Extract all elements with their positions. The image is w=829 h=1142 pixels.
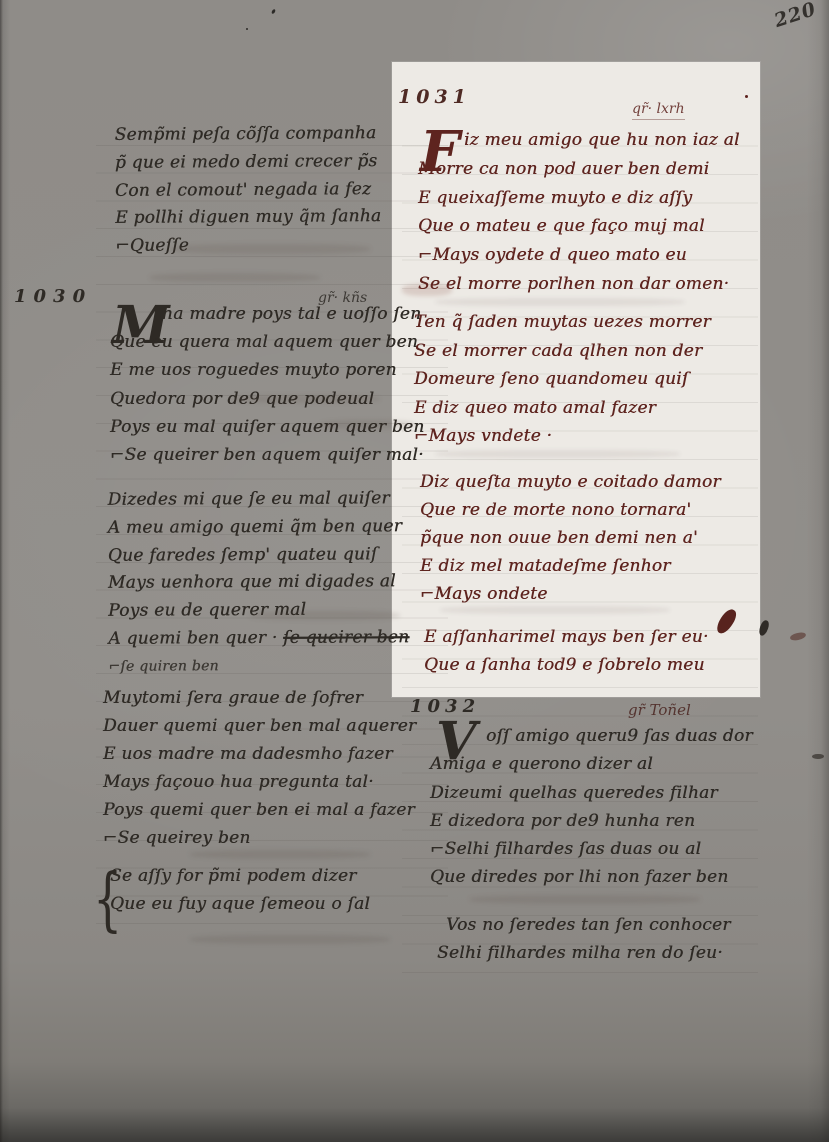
bleedthrough-mark (402, 284, 452, 296)
verse-line: ha madre poys tal e uoſſo ſen (162, 300, 425, 328)
poem-1031-stanza-1: iz meu amigo que hu non iaz al Morre ca … (418, 126, 740, 299)
verse-line: Que eu quera mal aquem quer ben (110, 328, 425, 356)
ink-mark (789, 631, 806, 641)
verse-line: Diz queſta muyto e coitado damor (420, 468, 721, 496)
speck (745, 95, 748, 98)
verse-line: Que a ſanha tod9 e ſobrelo meu (424, 652, 709, 680)
verse-line: Muytomi ſera graue de ſofrer (103, 684, 416, 712)
stanza-e: Se aſſy for p̃mi podem dizer Que eu fuy … (110, 862, 370, 918)
verse-line-with-strike: A quemi ben quer · ſe queirer ben (108, 624, 409, 653)
verse-line: E dizedora por de9 hunha ren (430, 807, 753, 835)
verse-line: ⌐Mays vndete · (414, 422, 711, 451)
verse-line: Morre ca non pod auer ben demi (418, 155, 740, 184)
verse-fragment: A quemi ben quer · (108, 628, 277, 649)
verse-line: p̃que non ouue ben demi nen a' (420, 524, 721, 552)
verse-line: ⌐ſe quiren ben (108, 652, 409, 681)
poem-1031-stanza-2: Ten q̃ ſaden muytas uezes morrer Se el m… (414, 308, 711, 451)
verse-line: Selhi filhardes milha ren do ſeu· (437, 940, 731, 968)
folio-number: 220 (772, 0, 819, 32)
verse-line: Dizedes mi que ſe eu mal quiſer (107, 485, 408, 514)
stanza-d: Muytomi ſera graue de ſofrer Dauer quemi… (103, 684, 416, 852)
verse-line: Mays façouo hua pregunta tal· (103, 768, 416, 796)
verse-line: E pollhi diguen muy q̃m ſanha (115, 203, 381, 233)
verse-line: Dizeumi quelhas queredes filhar (430, 779, 753, 807)
verse-line: A meu amigo quemi q̃m ben quer (108, 513, 409, 542)
verse-line: E diz mel matadeſme ſenhor (420, 552, 721, 580)
verse-line: Semp̃mi peſa cõſſa companha (115, 120, 381, 150)
verse-line: ⌐Se queirey ben (103, 824, 416, 852)
bleedthrough-mark (230, 395, 380, 403)
bleedthrough-mark (435, 450, 680, 458)
bleedthrough-mark (250, 611, 400, 620)
verse-line: oſſ amigo queru9 ſas duas dor (486, 722, 753, 750)
poem-number-1031: 1031 (398, 86, 471, 108)
struck-fragment: ſe queirer ben (283, 627, 409, 648)
verse-line: E queixaſſeme muyto e diz aſſy (418, 184, 740, 213)
poem-1030: ha madre poys tal e uoſſo ſen Que eu que… (110, 300, 425, 469)
verse-line: ⌐Selhi filhardes ſas duas ou al (430, 835, 753, 863)
verse-line: Poys quemi quer ben ei mal a fazer (103, 796, 416, 824)
verse-line: p̃ que ei medo demi crecer p̃s (115, 148, 381, 178)
verse-line: E uos madre ma dadesmho fazer (103, 740, 416, 768)
marginal-note-1032: gr̃ Toñel (628, 701, 691, 719)
verse-line: ⌐Mays oydete d queo mato eu (418, 241, 740, 270)
verse-line: Se aſſy for p̃mi podem dizer (110, 862, 370, 890)
speck (246, 28, 248, 30)
bleedthrough-mark (470, 895, 700, 904)
verse-line: Que faredes ſemp' quateu quiſ (108, 541, 409, 570)
stanza-a: Semp̃mi peſa cõſſa companha p̃ que ei me… (115, 120, 382, 261)
marginal-note-1031: qr̃· lxrh (632, 101, 685, 120)
poem-number-1030: 1030 (14, 286, 92, 307)
poem-1032-stanza-1: oſſ amigo queru9 ſas duas dor Amiga e qu… (430, 722, 753, 892)
bleedthrough-mark (150, 273, 320, 282)
verse-line: Dauer quemi quer ben mal aquerer (103, 712, 416, 740)
bleedthrough-mark (190, 935, 390, 944)
verse-line: Mays uenhora que mi digades al (108, 569, 409, 598)
bleedthrough-mark (435, 298, 685, 306)
bleedthrough-mark (440, 606, 670, 614)
verse-line: Que diredes por lhi non fazer ben (430, 863, 753, 891)
verse-line: ⌐Se queirer ben aquem quiſer mal· (110, 441, 425, 469)
poem-1031-fiinda: E aſſanharimel mays ben ſer eu· Que a ſa… (424, 624, 709, 679)
manuscript-photo: 220 Semp̃mi peſa cõſſa companha p̃ que e… (0, 0, 829, 1142)
bleedthrough-mark (170, 244, 370, 254)
verse-line: E aſſanharimel mays ben ſer eu· (424, 624, 709, 652)
verse-line: E diz queo mato amal fazer (414, 394, 711, 423)
verse-line: Se el morrer cada qlhen non der (414, 337, 711, 366)
poem-1031-stanza-3: Diz queſta muyto e coitado damor Que re … (420, 468, 721, 608)
ink-mark (812, 754, 824, 759)
verse-line: Se el morre porlhen non dar omen· (418, 270, 740, 299)
verse-line: Con el comout' negada ia fez (115, 176, 381, 206)
bleedthrough-mark (320, 420, 415, 429)
poem-1032-stanza-2: Vos no ſeredes tan ſen conhocer Selhi fi… (446, 912, 731, 967)
verse-line: Domeure ſeno quandomeu quiſ (414, 365, 711, 394)
stanza-c: Dizedes mi que ſe eu mal quiſer A meu am… (107, 485, 409, 681)
verse-line: iz meu amigo que hu non iaz al (464, 126, 740, 155)
verse-line: Amiga e querono dizer al (430, 750, 753, 778)
speck (271, 9, 276, 15)
verse-line: Vos no ſeredes tan ſen conhocer (446, 912, 731, 940)
verse-line: Que re de morte nono tornara' (420, 496, 721, 524)
verse-line: ⌐Mays ondete (420, 580, 721, 608)
verse-line: Que o mateu e que faço muj mal (418, 212, 740, 241)
verse-line: Ten q̃ ſaden muytas uezes morrer (414, 308, 711, 337)
bleedthrough-mark (190, 850, 370, 859)
verse-line: E me uos roguedes muyto poren (110, 356, 425, 384)
verse-line: Que eu fuy aque ſemeou o ſal (110, 890, 370, 918)
